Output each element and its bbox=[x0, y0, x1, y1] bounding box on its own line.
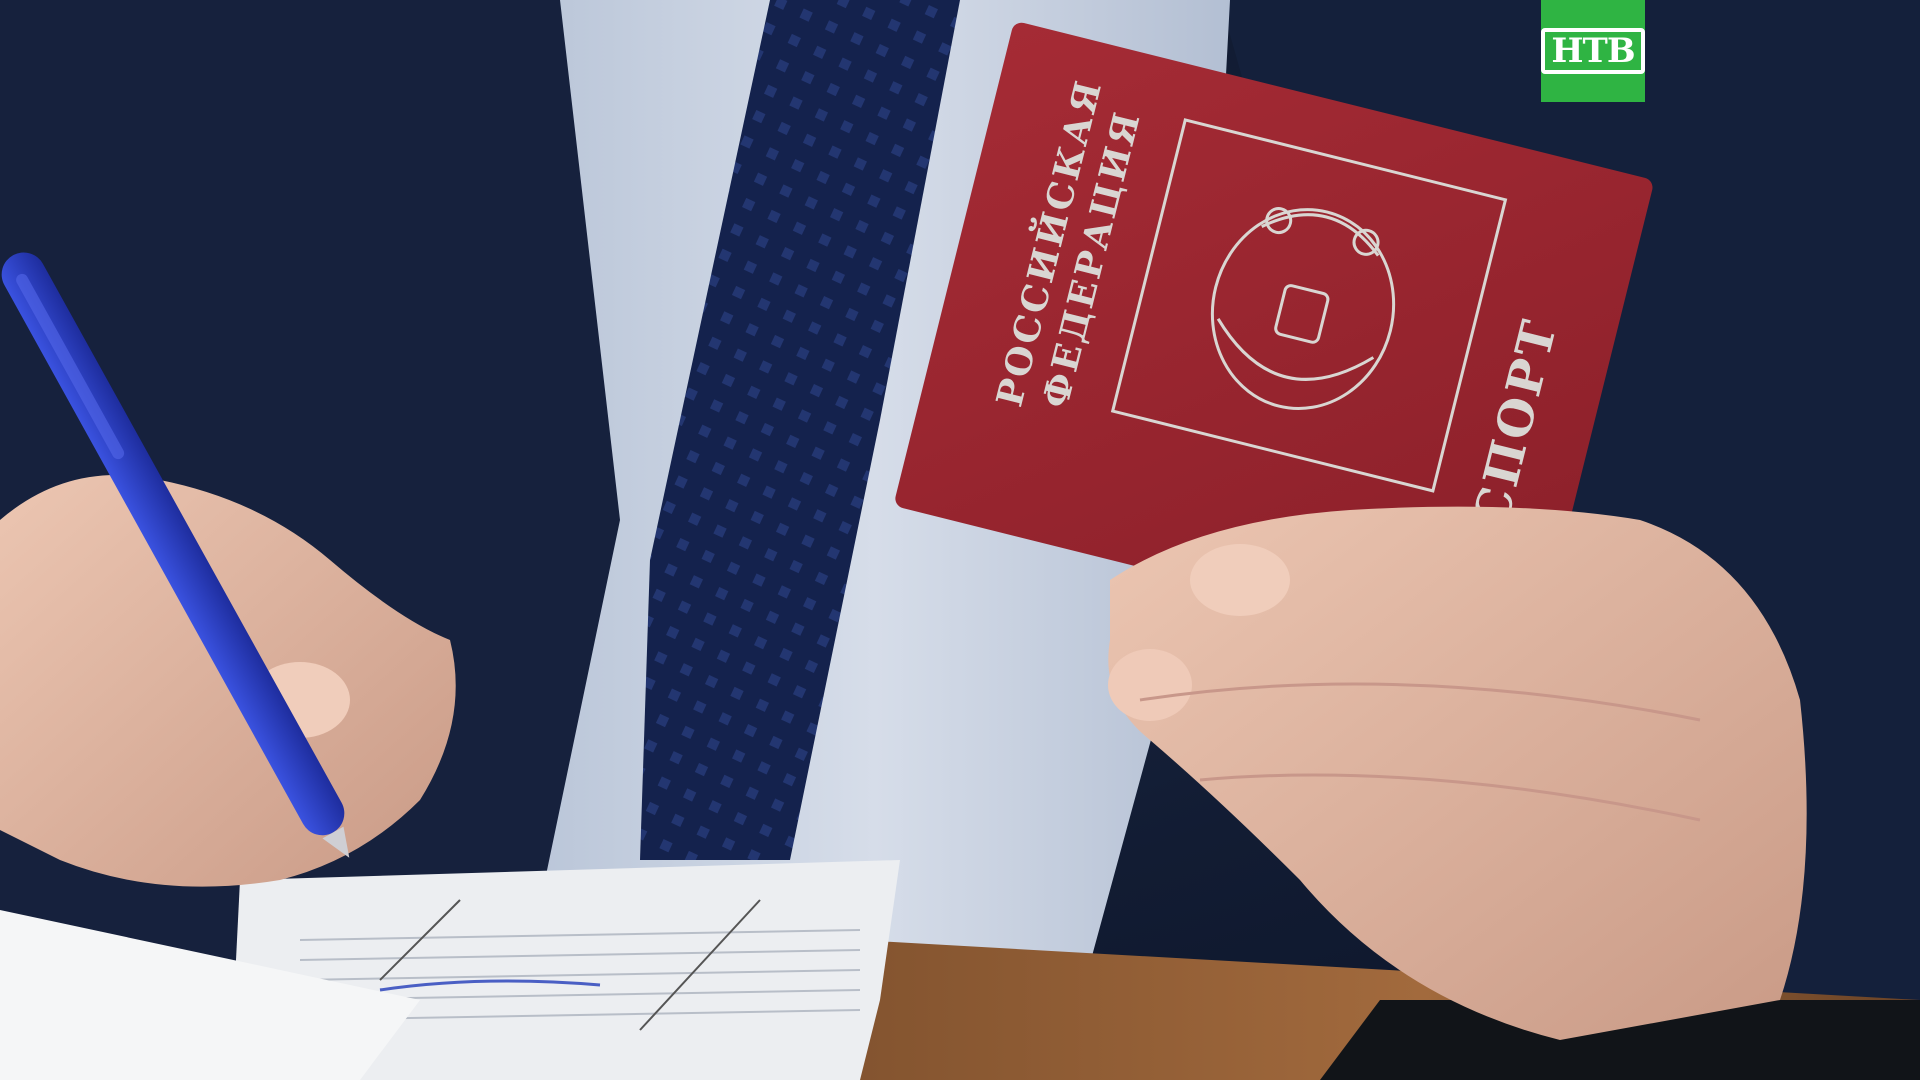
photo-illustration: РОССИЙСКАЯ ФЕДЕРАЦИЯ ПАСПОРТ bbox=[0, 0, 1920, 1080]
ntv-logo: НТВ bbox=[1541, 0, 1645, 102]
ntv-logo-label: НТВ bbox=[1541, 28, 1644, 74]
right-fingernail bbox=[1108, 649, 1192, 721]
news-photo: РОССИЙСКАЯ ФЕДЕРАЦИЯ ПАСПОРТ НТВ bbox=[0, 0, 1920, 1080]
right-thumbnail bbox=[1190, 544, 1290, 616]
